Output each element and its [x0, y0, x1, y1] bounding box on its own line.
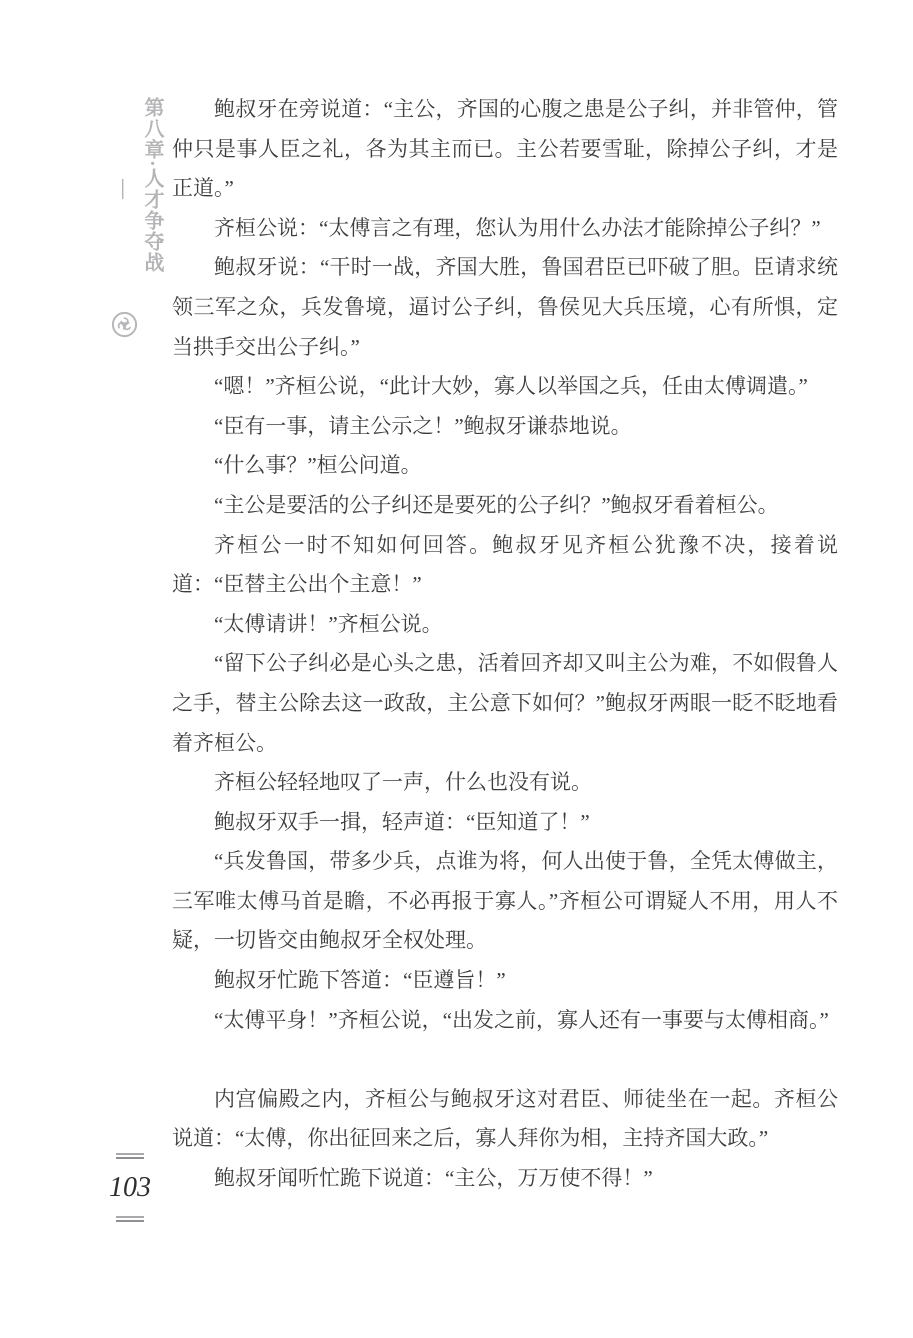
paragraph: 鲍叔牙说：“干时一战，齐国大胜，鲁国君臣已吓破了胆。臣请求统领三军之众，兵发鲁境…	[172, 248, 838, 367]
paragraph: “主公是要活的公子纠还是要死的公子纠？”鲍叔牙看着桓公。	[172, 486, 838, 526]
folio-top-rule	[116, 1153, 144, 1159]
paragraph: 鲍叔牙忙跪下答道：“臣遵旨！”	[172, 961, 838, 1001]
paragraph: 齐桓公一时不知如何回答。鲍叔牙见齐桓公犹豫不决，接着说道：“臣替主公出个主意！”	[172, 526, 838, 605]
paragraph: “太傅请讲！”齐桓公说。	[172, 605, 838, 645]
paragraph: 鲍叔牙闻听忙跪下说道：“主公，万万使不得！”	[172, 1159, 838, 1199]
paragraph: “臣有一事，请主公示之！”鲍叔牙谦恭地说。	[172, 407, 838, 447]
paragraph: 齐桓公轻轻地叹了一声，什么也没有说。	[172, 763, 838, 803]
folio: 103	[98, 1153, 162, 1222]
body-text: 鲍叔牙在旁说道：“主公，齐国的心腹之患是公子纠，并非管仲，管仲只是事人臣之礼，各…	[172, 90, 838, 1199]
paragraph-new-scene: 内宫偏殿之内，齐桓公与鲍叔牙这对君臣、师徒坐在一起。齐桓公说道：“太傅，你出征回…	[172, 1080, 838, 1159]
paragraph: “太傅平身！”齐桓公说，“出发之前，寡人还有一事要与太傅相商。”	[172, 1001, 838, 1041]
paragraph: “留下公子纠必是心头之患，活着回齐却又叫主公为难，不如假鲁人之手，替主公除去这一…	[172, 644, 838, 763]
chapter-header: 第八章·人才争夺战 —	[110, 97, 166, 273]
page-number: 103	[98, 1174, 162, 1202]
paragraph: “兵发鲁国，带多少兵，点谁为将，何人出使于鲁，全凭太傅做主，三军唯太傅马首是瞻，…	[172, 842, 838, 961]
folio-bottom-rule	[116, 1216, 144, 1222]
paragraph: “什么事？”桓公问道。	[172, 446, 838, 486]
chapter-dash: —	[110, 179, 138, 199]
seal-icon	[111, 311, 138, 338]
book-page: 第八章·人才争夺战 — 鲍叔牙在旁说道：“主公，齐国的心腹之患是公子纠，并非管仲…	[0, 0, 913, 1338]
paragraph: 鲍叔牙在旁说道：“主公，齐国的心腹之患是公子纠，并非管仲，管仲只是事人臣之礼，各…	[172, 90, 838, 209]
paragraph: 鲍叔牙双手一揖，轻声道：“臣知道了！”	[172, 803, 838, 843]
paragraph: “嗯！”齐桓公说，“此计大妙，寡人以举国之兵，任由太傅调遣。”	[172, 367, 838, 407]
chapter-title: 第八章·人才争夺战	[138, 97, 166, 273]
paragraph: 齐桓公说：“太傅言之有理，您认为用什么办法才能除掉公子纠？”	[172, 209, 838, 249]
